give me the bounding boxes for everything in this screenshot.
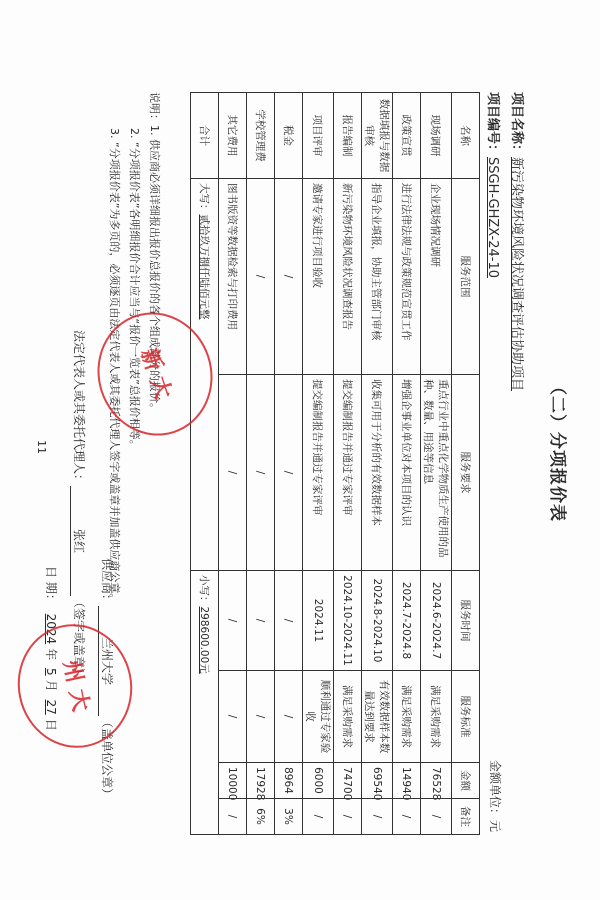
date-month: 5	[44, 664, 58, 680]
supplier-value: 兰州大学	[98, 606, 116, 716]
table-cell: 项目评审	[303, 93, 334, 179]
table-cell: 2024.8-2024.10	[362, 571, 393, 671]
table-cell: 满足采购需求	[334, 671, 362, 763]
table-cell: 顺利通过专家验收	[303, 671, 334, 763]
notes: 说明：1. 供应商必须详细报出报价总报价的各个组成部分的报价。 2. “分项报价…	[104, 92, 164, 604]
table-cell: /	[303, 799, 334, 835]
table-cell: 提交编制报告并通过专家评审	[303, 375, 334, 571]
column-header: 备注	[452, 799, 480, 835]
table-cell: 74700	[334, 763, 362, 799]
table-cell: 现场调研	[421, 93, 452, 179]
table-header-row: 名称服务范围服务要求服务时间服务标准金额备注	[452, 93, 480, 835]
page-number: 11	[35, 440, 48, 454]
table-row: 税金////89643%	[275, 93, 303, 835]
table-cell: /	[219, 375, 247, 571]
table-cell: /	[219, 671, 247, 763]
table-cell: /	[275, 671, 303, 763]
date-line: 日 期： 2024年 5月 27日	[43, 566, 60, 731]
representative-note: （签字或盖章）	[72, 596, 86, 680]
table-cell: 3%	[275, 799, 303, 835]
project-name: 新污染物环境风险状况调查评估协助项目	[509, 157, 524, 391]
table-cell: /	[219, 571, 247, 671]
document-title: （二）分项报价表	[547, 0, 572, 900]
column-header: 名称	[452, 93, 480, 179]
table-cell: /	[421, 799, 452, 835]
table-cell: 6000	[303, 763, 334, 799]
table-cell: 14940	[393, 763, 421, 799]
table-cell: /	[362, 799, 393, 835]
date-day-unit: 日	[44, 719, 58, 731]
table-row: 其它费用图书版资等数据检索与打印费用///10000/	[219, 93, 247, 835]
table-row: 学校管理费////179286%	[247, 93, 275, 835]
table-cell: /	[275, 179, 303, 375]
amount-unit: 金额单位：元	[487, 760, 504, 832]
table-row: 数据填报与数据审核指导企业填报，协助主管部门审核收集可用于分析的有效数据样本20…	[362, 93, 393, 835]
table-cell: 企业现场情况调研	[421, 179, 452, 375]
table-cell: 2024.10-2024.11	[334, 571, 362, 671]
table-cell: 满足采购需求	[393, 671, 421, 763]
table-row: 现场调研企业现场情况调研重点行业中重点化学物质生产使用的品种、数量、用途等信息2…	[421, 93, 452, 835]
table-cell: 6%	[247, 799, 275, 835]
table-cell: /	[247, 375, 275, 571]
table-cell: 学校管理费	[247, 93, 275, 179]
project-code: SSGH-GHZX-24-10	[485, 157, 500, 278]
total-lower-prefix: 小写：	[198, 575, 210, 607]
column-header: 服务标准	[452, 671, 480, 763]
table-cell: 其它费用	[219, 93, 247, 179]
table-cell: /	[247, 671, 275, 763]
project-code-line: 项目编号：SSGH-GHZX-24-10	[485, 92, 504, 278]
itemized-quote-table: 名称服务范围服务要求服务时间服务标准金额备注 现场调研企业现场情况调研重点行业中…	[190, 92, 480, 835]
table-cell: 17928	[247, 763, 275, 799]
column-header: 服务范围	[452, 179, 480, 375]
table-cell: /	[275, 375, 303, 571]
representative-signature: 张红	[70, 486, 88, 596]
project-name-line: 项目名称：新污染物环境风险状况调查评估协助项目	[509, 92, 528, 391]
total-upper-value: 贰拾玖万捌仟陆佰元整	[198, 215, 210, 320]
table-total-row: 合计 大写：贰拾玖万捌仟陆佰元整 小写：298600.00元	[191, 93, 219, 835]
table-cell: 满足采购需求	[421, 671, 452, 763]
column-header: 金额	[452, 763, 480, 799]
table-cell: 新污染物环境风险状况调查报告	[334, 179, 362, 375]
table-cell: 数据填报与数据审核	[362, 93, 393, 179]
table-cell: 进行法律法规与政策规范宣贯工作	[393, 179, 421, 375]
table-cell: 有效数据样本数量达到要求	[362, 671, 393, 763]
date-year-unit: 年	[44, 648, 58, 660]
note-1: 说明：1. 供应商必须详细报出报价总报价的各个组成部分的报价。	[144, 92, 164, 604]
date-year: 2024	[44, 610, 58, 649]
table-cell: 图书版资等数据检索与打印费用	[219, 179, 247, 375]
column-header: 服务时间	[452, 571, 480, 671]
table-cell: 10000	[219, 763, 247, 799]
date-day: 27	[44, 696, 58, 719]
table-cell: 重点行业中重点化学物质生产使用的品种、数量、用途等信息	[421, 375, 452, 571]
project-name-label: 项目名称：	[509, 92, 524, 157]
supplier-line: 供应商：兰州大学（盖单位公章）	[98, 558, 116, 800]
table-cell: 政策宣贯	[393, 93, 421, 179]
table-cell: 76528	[421, 763, 452, 799]
table-cell: /	[275, 571, 303, 671]
project-code-label: 项目编号：	[485, 92, 500, 157]
note-2: 2. “分项报价表”各明细报价合计应当与“报价一览表”总报价相等。	[124, 92, 144, 604]
total-upper-cell: 大写：贰拾玖万捌仟陆佰元整	[191, 179, 219, 571]
table-body: 现场调研企业现场情况调研重点行业中重点化学物质生产使用的品种、数量、用途等信息2…	[219, 93, 452, 835]
total-label: 合计	[191, 93, 219, 179]
table-cell: /	[393, 799, 421, 835]
table-cell: 2024.11	[303, 571, 334, 671]
table-cell: 2024.6-2024.7	[421, 571, 452, 671]
table-cell: 2024.7-2024.8	[393, 571, 421, 671]
note-3: 3. “分项报价表”为多页的，必须逐页由法定代表人或其委托代理人签字或盖章并加盖…	[104, 92, 124, 604]
table-cell: 8964	[275, 763, 303, 799]
total-lower-cell: 小写：298600.00元	[191, 571, 219, 835]
supplier-label: 供应商：	[100, 558, 114, 606]
total-upper-prefix: 大写：	[198, 183, 210, 215]
date-label: 日 期：	[44, 566, 58, 606]
table-cell: 收集可用于分析的有效数据样本	[362, 375, 393, 571]
table-row: 政策宣贯进行法律法规与政策规范宣贯工作增强企事业单位对本项目的认识2024.7-…	[393, 93, 421, 835]
table-cell: 提交编制报告并通过专家评审	[334, 375, 362, 571]
table-cell: 69540	[362, 763, 393, 799]
table-cell: 邀请专家进行项目验收	[303, 179, 334, 375]
table-row: 报告编制新污染物环境风险状况调查报告提交编制报告并通过专家评审2024.10-2…	[334, 93, 362, 835]
document-page: （二）分项报价表 项目名称：新污染物环境风险状况调查评估协助项目 项目编号：SS…	[0, 0, 600, 900]
table-cell: /	[247, 179, 275, 375]
table-cell: 指导企业填报，协助主管部门审核	[362, 179, 393, 375]
table-row: 项目评审邀请专家进行项目验收提交编制报告并通过专家评审2024.11顺利通过专家…	[303, 93, 334, 835]
total-lower-value: 298600.00元	[198, 607, 210, 674]
table-cell: 增强企事业单位对本项目的认识	[393, 375, 421, 571]
supplier-note: （盖单位公章）	[100, 716, 114, 800]
representative-line: 法定代表人或其委托代理人：张红（签字或盖章）	[70, 330, 88, 680]
table-cell: 税金	[275, 93, 303, 179]
representative-label: 法定代表人或其委托代理人：	[72, 330, 86, 486]
table-cell: /	[247, 571, 275, 671]
column-header: 服务要求	[452, 375, 480, 571]
date-month-unit: 月	[44, 680, 58, 692]
table-cell: 报告编制	[334, 93, 362, 179]
table-cell: /	[219, 799, 247, 835]
table-cell: /	[334, 799, 362, 835]
